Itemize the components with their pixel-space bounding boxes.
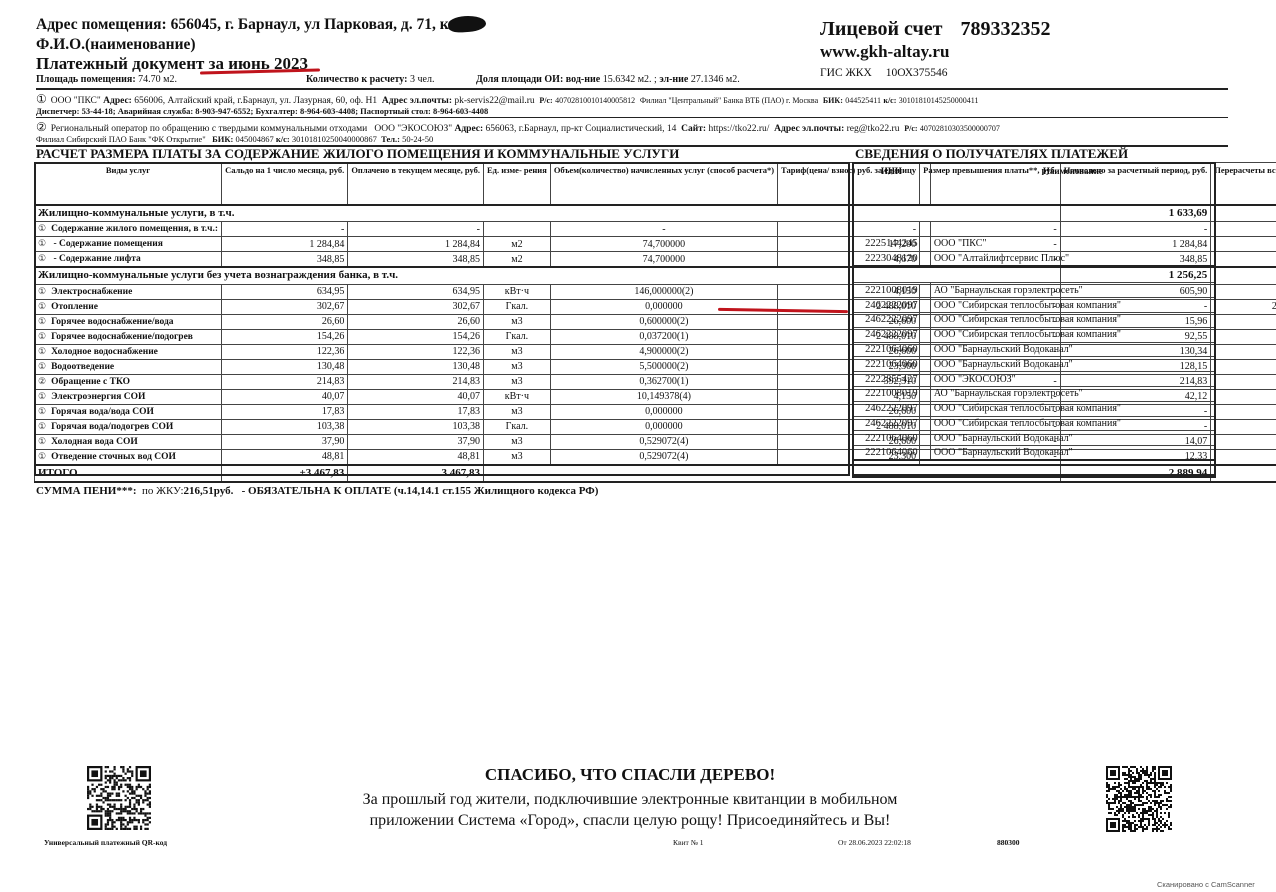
receipt-code: 880300 — [997, 838, 1020, 847]
recipient-inn: 2221064060 — [853, 342, 931, 357]
account-label: Лицевой счет — [820, 18, 942, 40]
penalty-amount: 216,51 — [184, 485, 214, 497]
recipient-inn: 2221064060 — [853, 446, 931, 461]
redaction-mark — [447, 15, 486, 34]
penalty-note: - ОБЯЗАТЕЛЬНА К ОПЛАТЕ (ч.14,14.1 ст.155… — [242, 485, 599, 497]
share-el-value: 27.1346 м2. — [691, 74, 740, 85]
service-label: Горячее водоснабжение/вода — [51, 317, 173, 327]
service-name: ①Электроснабжение — [35, 284, 222, 299]
share-water-value: 15.6342 м2. ; — [603, 74, 657, 85]
cell-saldo: 1 284,84 — [222, 237, 348, 252]
service-label: Отопление — [51, 302, 98, 312]
column-header: Оплачено в текущем месяце, руб. — [348, 163, 484, 205]
recipient-group-row — [853, 266, 1216, 283]
recipient-inn: 2225144245 — [853, 236, 931, 251]
address-value: 656045, г. Барнаул, ул Парковая, д. 71, … — [171, 16, 461, 33]
cell-paid: 17,83 — [348, 404, 484, 419]
recipient-name: ООО "ПКС" — [930, 236, 1215, 251]
cell-saldo: 37,90 — [222, 434, 348, 449]
provider-2-name: ООО "ЭКОСОЮЗ" — [374, 124, 452, 134]
recipient-row: 2221064060ООО "Барнаульский Водоканал" — [853, 357, 1216, 372]
provider-2-account-label: Р/с: — [904, 124, 917, 133]
qr-code-right[interactable] — [1106, 766, 1172, 832]
provider-index-icon: ① — [38, 436, 46, 446]
provider-index-icon: ① — [38, 286, 46, 296]
cell-unit: м2 — [483, 237, 550, 252]
service-name: ①Содержание жилого помещения, в т.ч.: — [35, 222, 222, 237]
area-label: Площадь помещения: — [36, 74, 136, 85]
service-name: ②Обращение с ТКО — [35, 374, 222, 389]
provider-2-description: Региональный оператор по обращению с тве… — [51, 124, 367, 134]
provider-1-icon: ① — [36, 92, 47, 106]
qr-code-left[interactable] — [86, 766, 152, 830]
provider-1-address-label: Адрес: — [103, 96, 132, 106]
provider-1-email[interactable]: pk-servis22@mail.ru — [454, 96, 534, 106]
provider-index-icon: ① — [38, 361, 46, 371]
provider-index-icon: ② — [38, 376, 46, 386]
column-header: Ед. изме- рения — [483, 163, 550, 205]
provider-index-icon: ① — [38, 253, 46, 263]
cell-volume: 4,900000(2) — [550, 344, 777, 359]
cell-unit: м3 — [483, 314, 550, 329]
cell-volume: 74,700000 — [550, 237, 777, 252]
provider-2-bank-line: Филиал Сибирский ПАО Банк "ФК Открытие" … — [36, 134, 433, 144]
column-header: Перерасчеты всего, руб. — [1211, 163, 1276, 205]
recipient-totals-row — [853, 460, 1216, 477]
empty-cell — [1211, 465, 1276, 482]
receipt-number: Квит № 1 — [673, 838, 704, 847]
cell-unit: кВт·ч — [483, 284, 550, 299]
thanks-line-1: За прошлый год жители, подключившие элек… — [300, 789, 960, 810]
provider-2-site-label: Сайт: — [681, 124, 706, 134]
recipient-row: 2462222097ООО "Сибирская теплосбытовая к… — [853, 401, 1216, 416]
website-link[interactable]: www.gkh-altay.ru — [820, 42, 949, 62]
provider-1-account: 40702810010140005812 — [555, 96, 635, 105]
provider-1-bik-label: БИК: — [823, 96, 843, 105]
provider-1-ks-label: к/с: — [883, 96, 896, 105]
cell-saldo: 122,36 — [222, 344, 348, 359]
provider-index-icon: ① — [38, 406, 46, 416]
recipient-inn — [853, 222, 931, 237]
service-label: Горячее водоснабжение/подогрев — [51, 332, 193, 342]
cell-recalc: - — [1211, 222, 1276, 237]
account-value: 789332352 — [960, 18, 1050, 40]
cell-recalc: - — [1211, 314, 1276, 329]
cell-saldo: 302,67 — [222, 299, 348, 314]
penalty-currency: руб. — [214, 485, 234, 497]
cell-recalc: - — [1211, 252, 1276, 268]
cell-paid: 348,85 — [348, 252, 484, 268]
cell-unit: Гкал. — [483, 329, 550, 344]
recipient-inn: 2462222097 — [853, 312, 931, 327]
cell-recalc: 2 586,94 — [1211, 299, 1276, 314]
receipt-date: От 28.06.2023 22:02:18 — [838, 838, 911, 847]
thanks-title: СПАСИБО, ЧТО СПАСЛИ ДЕРЕВО! — [300, 765, 960, 785]
cell-saldo: 634,95 — [222, 284, 348, 299]
account-number: Лицевой счет789332352 — [820, 18, 1050, 41]
provider-1: ①ООО "ПКС" Адрес: 656006, Алтайский край… — [36, 92, 978, 107]
recipient-name: ООО "Сибирская теплосбытовая компания" — [930, 327, 1215, 342]
empty-cell — [853, 205, 1216, 222]
provider-2-account: 40702810303500000707 — [920, 124, 1000, 133]
cell-unit: м3 — [483, 374, 550, 389]
cell-paid: 154,26 — [348, 329, 484, 344]
penalty-prefix: по ЖКУ: — [142, 485, 184, 497]
cell-recalc: - — [1211, 284, 1276, 299]
recipient-column-header: Наименование — [930, 163, 1215, 205]
recipient-inn: 2462222097 — [853, 401, 931, 416]
recipient-name: ООО "Сибирская теплосбытовая компания" — [930, 312, 1215, 327]
recipient-name: АО "Барнаульская горэлектросеть" — [930, 283, 1215, 298]
provider-2-site[interactable]: https://tko22.ru/ — [708, 124, 769, 134]
provider-index-icon: ① — [38, 421, 46, 431]
service-label: Горячая вода/подогрев СОИ — [51, 422, 173, 432]
provider-1-ks: 30101810145250000411 — [899, 96, 979, 105]
service-label: Электроснабжение — [51, 287, 132, 297]
cell-unit: м3 — [483, 434, 550, 449]
provider-2-bik: 045004867 — [235, 134, 273, 144]
service-label: - Содержание помещения — [51, 239, 163, 249]
cell-paid: 634,95 — [348, 284, 484, 299]
persons-label: Количество к расчету: — [306, 74, 408, 85]
cell-volume: 74,700000 — [550, 252, 777, 268]
recipient-inn: 2221008019 — [853, 283, 931, 298]
provider-index-icon: ① — [38, 331, 46, 341]
recipient-name: ООО "Барнаульский Водоканал" — [930, 431, 1215, 446]
cell-saldo: 48,81 — [222, 449, 348, 465]
service-label: Водоотведение — [51, 362, 114, 372]
provider-2-address-label: Адрес: — [455, 124, 484, 134]
thanks-body: За прошлый год жители, подключившие элек… — [300, 789, 960, 831]
provider-2-bank: Филиал Сибирский ПАО Банк "ФК Открытие" — [36, 134, 206, 144]
area-value: 74.70 м2. — [138, 74, 177, 85]
recipient-group-row — [853, 205, 1216, 222]
provider-2-ks: 30101810250040000867 — [292, 134, 377, 144]
cell-volume: 146,000000(2) — [550, 284, 777, 299]
cell-paid: - — [348, 222, 484, 237]
cell-volume: 5,500000(2) — [550, 359, 777, 374]
provider-1-email-label: Адрес эл.почты: — [382, 96, 452, 106]
calc-section-title: РАСЧЕТ РАЗМЕРА ПЛАТЫ ЗА СОДЕРЖАНИЕ ЖИЛОГ… — [36, 146, 679, 162]
recipient-inn: 2462222097 — [853, 298, 931, 313]
service-name: ① - Содержание лифта — [35, 252, 222, 268]
cell-paid: 40,07 — [348, 389, 484, 404]
service-name: ①Отведение сточных вод СОИ — [35, 449, 222, 465]
document-label: Платежный документ — [36, 54, 204, 73]
recipient-inn: 2462222097 — [853, 416, 931, 431]
cell-recalc: - — [1211, 237, 1276, 252]
cell-unit: м3 — [483, 359, 550, 374]
service-label: Содержание жилого помещения, в т.ч.: — [51, 224, 218, 234]
cell-paid: 302,67 — [348, 299, 484, 314]
provider-2-phone-label: Тел.: — [381, 134, 400, 144]
empty-cell — [853, 266, 1216, 283]
cell-saldo: 103,38 — [222, 419, 348, 434]
cell-saldo: 130,48 — [222, 359, 348, 374]
thanks-line-2: приложении Система «Город», спасли целую… — [300, 810, 960, 831]
recipient-name: ООО "ЭКОСОЮЗ" — [930, 372, 1215, 387]
cell-saldo: 17,83 — [222, 404, 348, 419]
cell-recalc: 5,38 — [1211, 419, 1276, 434]
cell-paid: 37,90 — [348, 434, 484, 449]
provider-1-address: 656006, Алтайский край, г.Барнаул, ул. Л… — [134, 96, 377, 106]
cell-unit: м3 — [483, 449, 550, 465]
service-name: ①Горячая вода/вода СОИ — [35, 404, 222, 419]
cell-volume: - — [550, 222, 777, 237]
service-name: ①Электроэнергия СОИ — [35, 389, 222, 404]
provider-index-icon: ① — [38, 391, 46, 401]
column-header: Сальдо на 1 число месяца, руб. — [222, 163, 348, 205]
service-name: ① - Содержание помещения — [35, 237, 222, 252]
provider-2-icon: ② — [36, 120, 47, 134]
provider-2-phone: 50-24-50 — [402, 134, 433, 144]
cell-recalc: - — [1211, 389, 1276, 404]
service-label: Холодное водоснабжение — [51, 347, 158, 357]
cell-volume: 0,000000 — [550, 404, 777, 419]
recipient-inn: 2223048120 — [853, 251, 931, 266]
service-label: Обращение с ТКО — [51, 377, 130, 387]
provider-2-ks-label: к/с: — [276, 134, 290, 144]
cell-recalc: - — [1211, 329, 1276, 344]
recipient-inn: 2221064060 — [853, 357, 931, 372]
cell-unit: м3 — [483, 404, 550, 419]
service-name: ①Отопление — [35, 299, 222, 314]
provider-2-email-label: Адрес эл.почты: — [774, 124, 844, 134]
cell-saldo: 26,60 — [222, 314, 348, 329]
recipient-name: ООО "Барнаульский Водоканал" — [930, 342, 1215, 357]
recipients-table-header: ИНННаименование — [853, 163, 1216, 205]
provider-1-account-label: Р/с: — [539, 96, 552, 105]
provider-2-email[interactable]: reg@tko22.ru — [847, 124, 900, 134]
provider-index-icon: ① — [38, 223, 46, 233]
cell-saldo: - — [222, 222, 348, 237]
cell-recalc: - — [1211, 359, 1276, 374]
recipient-row: 2462222097ООО "Сибирская теплосбытовая к… — [853, 327, 1216, 342]
gis-id: ГИС ЖКХ10ОХ375546 — [820, 67, 948, 79]
cell-unit — [483, 222, 550, 237]
recipient-name: АО "Барнаульская горэлектросеть" — [930, 386, 1215, 401]
recipient-name: ООО "Сибирская теплосбытовая компания" — [930, 401, 1215, 416]
service-label: Холодная вода СОИ — [51, 437, 138, 447]
totals-label: ИТОГО — [35, 465, 222, 482]
cell-paid: 103,38 — [348, 419, 484, 434]
provider-index-icon: ① — [38, 316, 46, 326]
recipient-inn: 2222855427 — [853, 372, 931, 387]
cell-saldo: 40,07 — [222, 389, 348, 404]
cell-volume: 0,037200(1) — [550, 329, 777, 344]
cell-paid: 122,36 — [348, 344, 484, 359]
recipient-name: ООО "Барнаульский Водоканал" — [930, 446, 1215, 461]
provider-1-bik: 044525411 — [845, 96, 881, 105]
cell-paid: 48,81 — [348, 449, 484, 465]
cell-volume: 0,362700(1) — [550, 374, 777, 389]
service-name: ①Водоотведение — [35, 359, 222, 374]
service-label: Электроэнергия СОИ — [51, 392, 145, 402]
service-label: Отведение сточных вод СОИ — [51, 452, 176, 462]
recipient-row: 2222855427ООО "ЭКОСОЮЗ" — [853, 372, 1216, 387]
address-line: Адрес помещения: 656045, г. Барнаул, ул … — [36, 16, 461, 34]
cell-recalc: 0,82 — [1211, 449, 1276, 465]
persons-value: 3 чел. — [410, 74, 434, 85]
cell-unit: Гкал. — [483, 419, 550, 434]
provider-index-icon: ① — [38, 451, 46, 461]
address-label: Адрес помещения: — [36, 16, 167, 33]
recipient-inn: 2221064060 — [853, 431, 931, 446]
cell-paid: 130,48 — [348, 359, 484, 374]
column-header: Виды услуг — [35, 163, 222, 205]
empty-cell — [853, 460, 1216, 477]
recipient-inn: 2221008019 — [853, 386, 931, 401]
empty-cell — [1211, 267, 1276, 284]
recipient-name: ООО "Сибирская теплосбытовая компания" — [930, 416, 1215, 431]
provider-2-address: 656063, г.Барнаул, пр-кт Социалистически… — [486, 124, 677, 134]
provider-2: ②Региональный оператор по обращению с тв… — [36, 120, 1000, 135]
penalty-line: СУММА ПЕНИ***: по ЖКУ:216,51руб. - ОБЯЗА… — [36, 485, 598, 497]
recipient-row: 2221064060ООО "Барнаульский Водоканал" — [853, 446, 1216, 461]
recipient-row: 2221008019АО "Барнаульская горэлектросет… — [853, 283, 1216, 298]
scanner-watermark: Сканировано с CamScanner — [1157, 880, 1255, 889]
divider — [36, 88, 1228, 90]
column-header: Объем(количество) начисленных услуг (спо… — [550, 163, 777, 205]
recipient-inn: 2462222097 — [853, 327, 931, 342]
cell-saldo: 154,26 — [222, 329, 348, 344]
qr-caption: Универсальный платежный QR-код — [44, 838, 167, 847]
recipient-column-header: ИНН — [853, 163, 931, 205]
recipient-name — [930, 222, 1215, 237]
fio-label: Ф.И.О.(наименование) — [36, 36, 196, 54]
provider-index-icon: ① — [38, 301, 46, 311]
provider-1-contacts: Диспетчер: 53-44-18; Аварийная служба: 8… — [36, 106, 488, 116]
service-name: ①Горячее водоснабжение/вода — [35, 314, 222, 329]
service-name: ①Горячее водоснабжение/подогрев — [35, 329, 222, 344]
share-label: Доля площади ОИ: — [476, 74, 563, 85]
service-name: ①Холодное водоснабжение — [35, 344, 222, 359]
cell-recalc: 0,93 — [1211, 404, 1276, 419]
provider-index-icon: ① — [38, 346, 46, 356]
recipient-row — [853, 222, 1216, 237]
recipients-table: ИНННаименование 2225144245ООО "ПКС"22230… — [852, 162, 1216, 478]
cell-volume: 10,149378(4) — [550, 389, 777, 404]
recipient-name: ООО "Сибирская теплосбытовая компания" — [930, 298, 1215, 313]
gis-value: 10ОХ375546 — [886, 67, 948, 79]
recipients-section-title: СВЕДЕНИЯ О ПОЛУЧАТЕЛЯХ ПЛАТЕЖЕЙ — [855, 146, 1128, 162]
cell-unit: м3 — [483, 344, 550, 359]
cell-saldo: 214,83 — [222, 374, 348, 389]
cell-volume: 0,000000 — [550, 419, 777, 434]
recipient-row: 2225144245ООО "ПКС" — [853, 236, 1216, 251]
recipient-name: ООО "Барнаульский Водоканал" — [930, 357, 1215, 372]
service-label: Горячая вода/вода СОИ — [51, 407, 154, 417]
cell-paid: 1 284,84 — [348, 237, 484, 252]
cell-volume: 0,529072(4) — [550, 449, 777, 465]
cell-paid: 26,60 — [348, 314, 484, 329]
service-name: ①Холодная вода СОИ — [35, 434, 222, 449]
cell-saldo: 348,85 — [222, 252, 348, 268]
recipient-row: 2221008019АО "Барнаульская горэлектросет… — [853, 386, 1216, 401]
recipient-row: 2221064060ООО "Барнаульский Водоканал" — [853, 431, 1216, 446]
service-name: ①Горячая вода/подогрев СОИ — [35, 419, 222, 434]
divider — [36, 117, 1228, 118]
recipient-name: ООО "Алтайлифтсервис Плюс" — [930, 251, 1215, 266]
provider-2-bik-label: БИК: — [212, 134, 233, 144]
provider-1-bank: Филиал "Центральный" Банка ВТБ (ПАО) г. … — [640, 96, 818, 105]
totals-saldo: +3 467,83 — [222, 465, 348, 482]
totals-paid: 3 467,83 — [348, 465, 484, 482]
cell-unit: м2 — [483, 252, 550, 268]
cell-recalc: - — [1211, 374, 1276, 389]
cell-paid: 214,83 — [348, 374, 484, 389]
recipient-row: 2221064060ООО "Барнаульский Водоканал" — [853, 342, 1216, 357]
recipient-row: 2462222097ООО "Сибирская теплосбытовая к… — [853, 312, 1216, 327]
recipient-row: 2462222097ООО "Сибирская теплосбытовая к… — [853, 298, 1216, 313]
cell-recalc: - — [1211, 344, 1276, 359]
service-label: - Содержание лифта — [51, 254, 141, 264]
penalty-label: СУММА ПЕНИ***: — [36, 485, 137, 497]
cell-unit: Гкал. — [483, 299, 550, 314]
recipient-row: 2223048120ООО "Алтайлифтсервис Плюс" — [853, 251, 1216, 266]
cell-unit: кВт·ч — [483, 389, 550, 404]
gis-label: ГИС ЖКХ — [820, 67, 872, 79]
provider-index-icon: ① — [38, 238, 46, 248]
recipient-row: 2462222097ООО "Сибирская теплосбытовая к… — [853, 416, 1216, 431]
share-el-label: эл-ние — [659, 74, 688, 85]
share-water-label: вод-ние — [566, 74, 600, 85]
cell-recalc: - — [1211, 434, 1276, 449]
empty-cell — [1211, 205, 1276, 222]
cell-volume: 0,000000 — [550, 299, 777, 314]
provider-1-name: ООО "ПКС" — [51, 96, 101, 106]
cell-volume: 0,600000(2) — [550, 314, 777, 329]
cell-volume: 0,529072(4) — [550, 434, 777, 449]
